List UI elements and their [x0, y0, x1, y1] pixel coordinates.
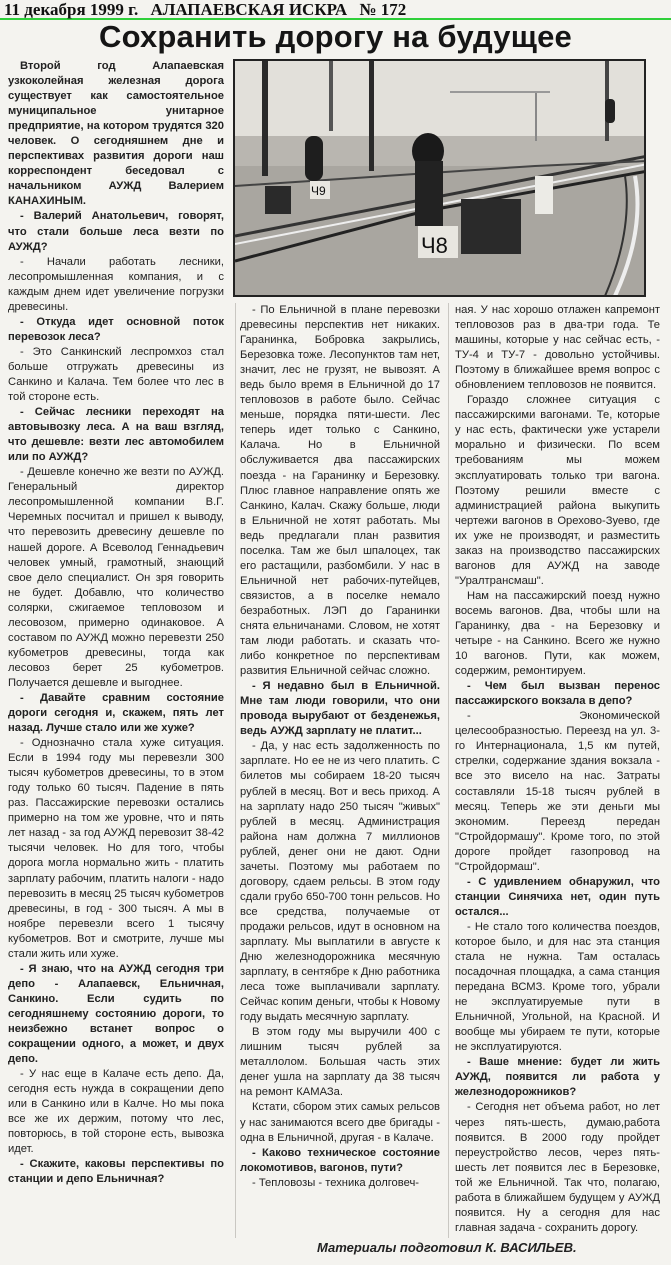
interview-question: - Я знаю, что на АУЖД сегодня три депо -…	[8, 962, 224, 1067]
interview-answer: В этом году мы выручили 400 с лишним тыс…	[240, 1025, 440, 1100]
interview-question: - Откуда идет основной поток перевозок л…	[8, 315, 224, 345]
interview-question: - Сейчас лесники переходят на автовывозк…	[8, 405, 224, 465]
interview-answer: Гораздо сложнее ситуация с пассажирскими…	[455, 393, 660, 589]
article-column-2: - По Ельничной в плане перевозки древеси…	[240, 303, 440, 1191]
interview-answer: - Сегодня нет объема работ, но лет через…	[455, 1100, 660, 1235]
interview-question: - Я недавно был в Ельничной. Мне там люд…	[240, 679, 440, 739]
interview-answer: - У нас еще в Калаче есть депо. Да, сего…	[8, 1067, 224, 1157]
interview-answer: Кстати, сбором этих самых рельсов у нас …	[240, 1100, 440, 1145]
article-column-1: Второй год Алапаевская узкоколейная желе…	[8, 59, 224, 1188]
newspaper-masthead: 11 декабря 1999 г. АЛАПАЕВСКАЯ ИСКРА № 1…	[0, 0, 671, 20]
interview-answer: - Это Санкинский леспромхоз стал больше …	[8, 345, 224, 405]
railway-yard-image: Ч9 Ч8	[235, 61, 646, 297]
article-lead: Второй год Алапаевская узкоколейная желе…	[8, 59, 224, 209]
interview-question: - Чем был вызван перенос пассажирского в…	[455, 679, 660, 709]
interview-answer: - Дешевле конечно же везти по АУЖД. Гене…	[8, 465, 224, 691]
interview-answer: - Однозначно стала хуже ситуация. Если в…	[8, 736, 224, 962]
railway-photo: Ч9 Ч8	[233, 59, 646, 297]
interview-answer: Нам на пассажирский поезд нужно восемь в…	[455, 589, 660, 679]
column-rule	[235, 303, 236, 1238]
interview-question: - Давайте сравним состояние дороги сегод…	[8, 691, 224, 736]
signal-label-48: Ч8	[421, 233, 448, 258]
interview-question: - Ваше мнение: будет ли жить АУЖД, появи…	[455, 1055, 660, 1100]
interview-answer: - Не стало того количества поездов, кото…	[455, 920, 660, 1055]
issue-number: № 172	[359, 0, 406, 19]
newspaper-name: АЛАПАЕВСКАЯ ИСКРА	[150, 0, 347, 19]
article-headline: Сохранить дорогу на будущее	[0, 20, 671, 54]
interview-question: - С удивлением обнаружил, что станции Си…	[455, 875, 660, 920]
interview-answer: - Тепловозы - техника долговеч-	[240, 1176, 440, 1191]
interview-answer: - Экономической целесообразностью. Перее…	[455, 709, 660, 875]
interview-answer: - Начали работать лесники, лесопромышлен…	[8, 255, 224, 315]
author-signature: Материалы подготовил К. ВАСИЛЬЕВ.	[317, 1240, 577, 1255]
issue-date: 11 декабря 1999 г.	[4, 0, 138, 19]
interview-question: - Каково техническое состояние локомотив…	[240, 1146, 440, 1176]
column-rule	[448, 303, 449, 1238]
interview-question: - Скажите, каковы перспективы по станции…	[8, 1157, 224, 1187]
signal-label-49: Ч9	[311, 184, 326, 198]
interview-answer: - Да, у нас есть задолженность по зарпла…	[240, 739, 440, 1025]
interview-answer: - По Ельничной в плане перевозки древеси…	[240, 303, 440, 679]
article-column-3: ная. У нас хорошо отлажен капремонт тепл…	[455, 303, 660, 1236]
interview-answer-continuation: ная. У нас хорошо отлажен капремонт тепл…	[455, 303, 660, 393]
interview-question: - Валерий Анатольевич, говорят, что стал…	[8, 209, 224, 254]
